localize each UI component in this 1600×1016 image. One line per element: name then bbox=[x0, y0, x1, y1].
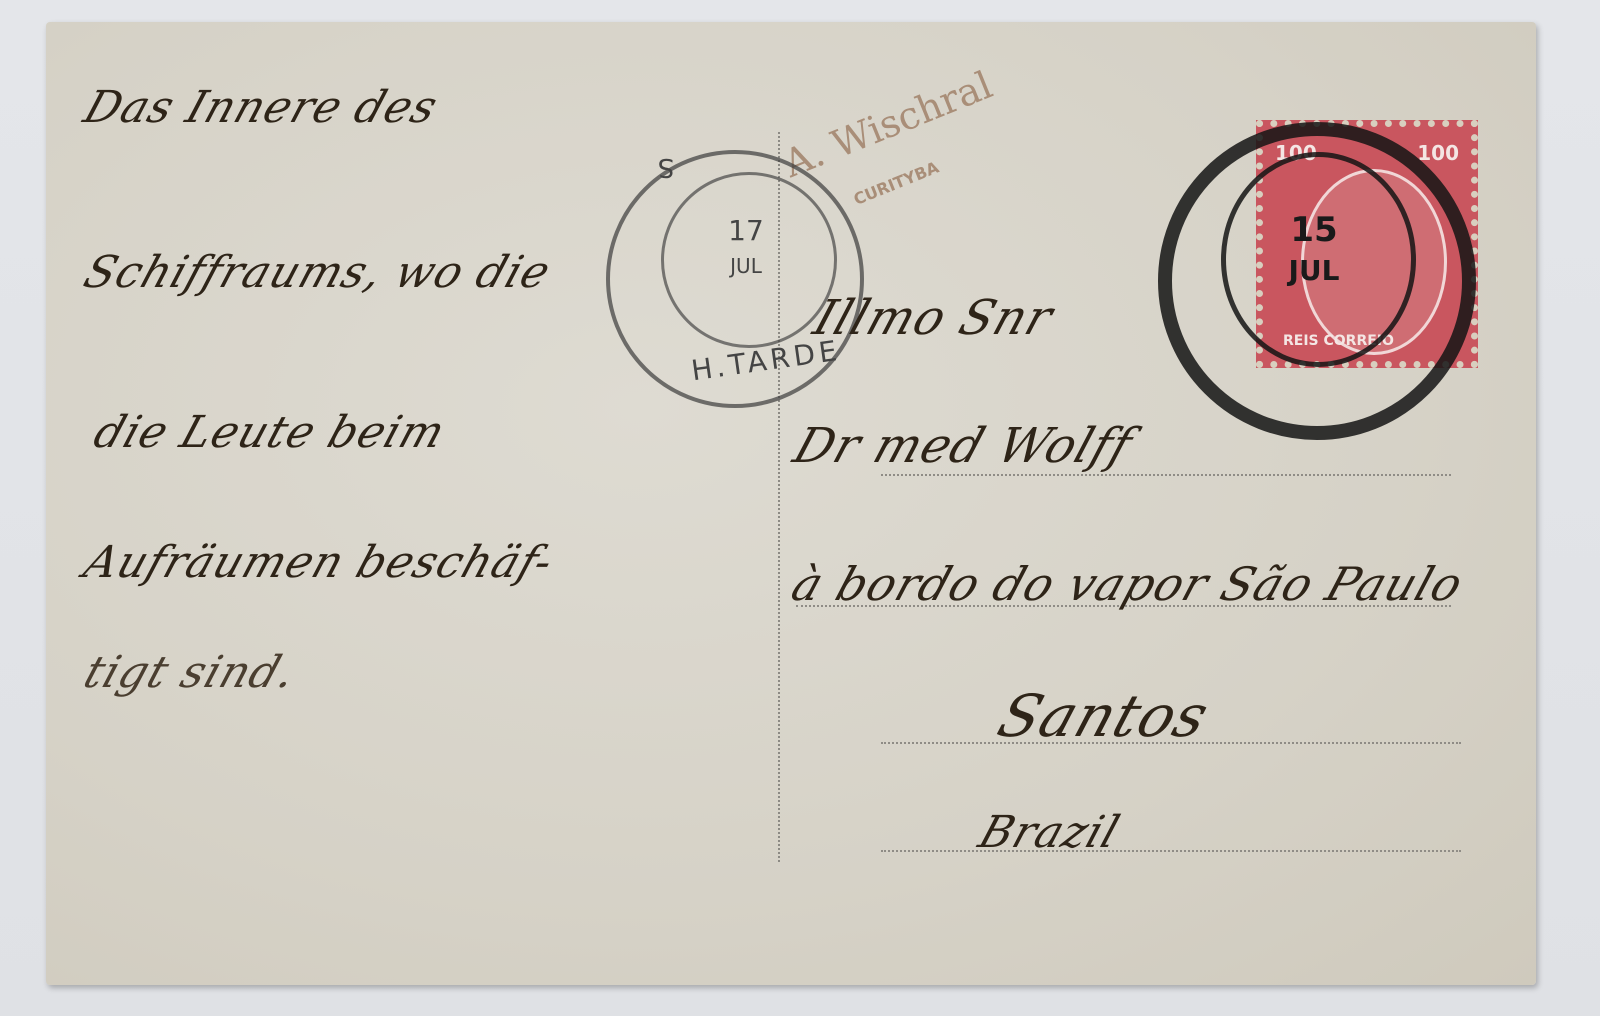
stamp-value-right: 100 bbox=[1417, 141, 1459, 165]
postcard: Das Innere des Schiffraums, wo die die L… bbox=[46, 22, 1536, 985]
postmark-left-day: 17 bbox=[716, 214, 776, 247]
postmark-left-fragment: S bbox=[646, 152, 686, 182]
address-rule bbox=[881, 474, 1451, 476]
address-line: Santos bbox=[990, 682, 1218, 750]
address-rule bbox=[881, 850, 1461, 852]
address-line: Dr med Wolff bbox=[787, 418, 1140, 474]
address-line: Illmo Snr bbox=[807, 290, 1060, 346]
address-line: à bordo do vapor São Paulo bbox=[785, 557, 1470, 611]
sender-stamp-name: A. Wischral bbox=[778, 63, 999, 186]
message-line: Schiffraums, wo die bbox=[78, 247, 558, 298]
message-line: Aufräumen beschäf- bbox=[78, 537, 560, 588]
sender-stamp-city: CURITYBA bbox=[851, 158, 942, 209]
message-line: tigt sind. bbox=[78, 647, 303, 698]
postmark-right-day: 15 bbox=[1284, 210, 1344, 250]
message-line: Das Innere des bbox=[78, 82, 445, 133]
message-line: die Leute beim bbox=[88, 407, 452, 458]
postmark-right-month: JUL bbox=[1274, 254, 1354, 287]
address-line: Brazil bbox=[973, 807, 1127, 858]
postmark-left-month: JUL bbox=[716, 254, 776, 278]
